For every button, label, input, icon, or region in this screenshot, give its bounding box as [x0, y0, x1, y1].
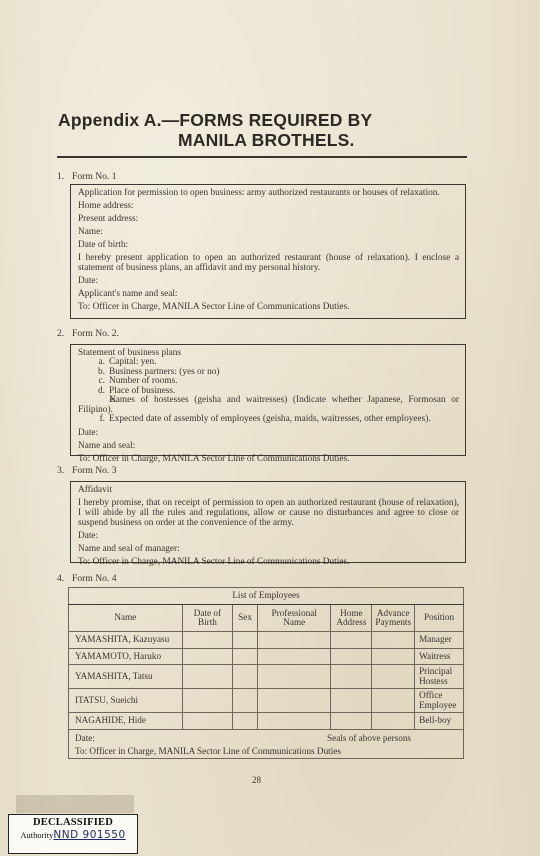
form-4-seals: Seals of above persons	[327, 733, 411, 743]
table-row: ITATSU, Sueichi Office Employee	[69, 689, 464, 713]
title-line-2: MANILA BROTHELS.	[58, 130, 478, 150]
stamp-title: DECLASSIFIED	[9, 817, 137, 828]
declassified-stamp: DECLASSIFIED AuthorityNND 901550	[8, 814, 138, 854]
stamp-authority: AuthorityNND 901550	[9, 829, 137, 841]
empty-cell	[233, 632, 258, 649]
form-2-date: Date:	[78, 428, 459, 438]
empty-cell	[372, 648, 415, 665]
empty-cell	[233, 713, 258, 730]
form-2-box: Statement of business plans a.Capital: y…	[70, 344, 466, 456]
page-number: 28	[252, 775, 261, 785]
empty-cell	[331, 665, 372, 689]
empty-cell	[372, 689, 415, 713]
empty-cell	[372, 632, 415, 649]
form-3-heading: Affidavit	[78, 485, 459, 495]
employee-name: NAGAHIDE, Hide	[69, 713, 183, 730]
form-3-label: 3.Form No. 3	[57, 465, 117, 476]
form-2-name-seal: Name and seal:	[78, 441, 459, 451]
column-header-professional-name: Professional Name	[258, 605, 331, 632]
empty-cell	[182, 665, 232, 689]
employee-name: ITATSU, Sueichi	[69, 689, 183, 713]
table-row: YAMASHITA, Kazuyasu Manager	[69, 632, 464, 649]
form-4-label: 4.Form No. 4	[57, 573, 117, 584]
form-1-present-address: Present address:	[78, 214, 459, 224]
form-1-label: 1.Form No. 1	[57, 171, 117, 182]
form-1-name: Name:	[78, 227, 459, 237]
form-3-manager-seal: Name and seal of manager:	[78, 544, 459, 554]
column-header-sex: Sex	[233, 605, 258, 632]
column-header-advance-payments: Advance Payments	[372, 605, 415, 632]
title-line-1: Appendix A.—FORMS REQUIRED BY	[58, 110, 478, 130]
form-3-affidavit-text: I hereby promise, that on receipt of per…	[78, 498, 459, 528]
employee-name: YAMASHITA, Tatsu	[69, 665, 183, 689]
empty-cell	[258, 648, 331, 665]
form-1-to: To: Officer in Charge, MANILA Sector Lin…	[78, 302, 459, 312]
empty-cell	[331, 689, 372, 713]
column-header-position: Position	[415, 605, 464, 632]
form-2-label: 2.Form No. 2.	[57, 328, 119, 339]
form-3-date: Date:	[78, 531, 459, 541]
stamp-authority-value: NND 901550	[53, 829, 125, 841]
employee-position: Bell-boy	[415, 713, 464, 730]
form-2-to: To: Officer in Charge, MANILA Sector Lin…	[78, 454, 459, 464]
empty-cell	[182, 713, 232, 730]
table-row: YAMAMOTO, Haruko Waitress	[69, 648, 464, 665]
empty-cell	[372, 665, 415, 689]
form-1-applicant-seal: Applicant's name and seal:	[78, 289, 459, 299]
stamp-shadow	[16, 795, 134, 813]
empty-cell	[233, 648, 258, 665]
empty-cell	[258, 665, 331, 689]
form-3-to: To: Officer in Charge, MANILA Sector Lin…	[78, 557, 459, 567]
employee-position: Waitress	[415, 648, 464, 665]
table-caption: List of Employees	[69, 588, 464, 605]
page-title: Appendix A.—FORMS REQUIRED BY MANILA BRO…	[58, 110, 478, 150]
employee-name: YAMASHITA, Kazuyasu	[69, 632, 183, 649]
table-row: YAMASHITA, Tatsu Principal Hostess	[69, 665, 464, 689]
column-header-date-of-birth: Date of Birth	[182, 605, 232, 632]
form-4-date: Date:	[75, 733, 95, 743]
form-1-home-address: Home address:	[78, 201, 459, 211]
employee-position: Manager	[415, 632, 464, 649]
empty-cell	[331, 632, 372, 649]
form-1-box: Application for permission to open busin…	[70, 184, 466, 319]
table-header-row: Name Date of Birth Sex Professional Name…	[69, 605, 464, 632]
form-4-to: To: Officer in Charge, MANILA Sector Lin…	[75, 746, 457, 756]
empty-cell	[258, 713, 331, 730]
form-2-item-f: f.Expected date of assembly of employees…	[78, 415, 459, 425]
form-1-date: Date:	[78, 276, 459, 286]
employee-list-table: List of Employees Name Date of Birth Sex…	[68, 587, 464, 759]
table-footer: Date: Seals of above persons To: Officer…	[69, 729, 464, 758]
empty-cell	[331, 648, 372, 665]
empty-cell	[372, 713, 415, 730]
form-1-date-of-birth: Date of birth:	[78, 240, 459, 250]
empty-cell	[182, 632, 232, 649]
form-3-box: Affidavit I hereby promise, that on rece…	[70, 481, 466, 563]
empty-cell	[331, 713, 372, 730]
empty-cell	[182, 648, 232, 665]
title-divider	[57, 156, 467, 158]
form-2-item-e: e.Names of hostesses (geisha and waitres…	[78, 396, 459, 415]
employee-position: Office Employee	[415, 689, 464, 713]
empty-cell	[233, 689, 258, 713]
employee-name: YAMAMOTO, Haruko	[69, 648, 183, 665]
empty-cell	[233, 665, 258, 689]
table-row: NAGAHIDE, Hide Bell-boy	[69, 713, 464, 730]
column-header-home-address: Home Address	[331, 605, 372, 632]
column-header-name: Name	[69, 605, 183, 632]
employee-position: Principal Hostess	[415, 665, 464, 689]
form-1-statement: I hereby present application to open an …	[78, 253, 459, 273]
empty-cell	[258, 632, 331, 649]
empty-cell	[258, 689, 331, 713]
document-page: Appendix A.—FORMS REQUIRED BY MANILA BRO…	[0, 0, 540, 856]
empty-cell	[182, 689, 232, 713]
form-1-intro: Application for permission to open busin…	[78, 188, 459, 198]
